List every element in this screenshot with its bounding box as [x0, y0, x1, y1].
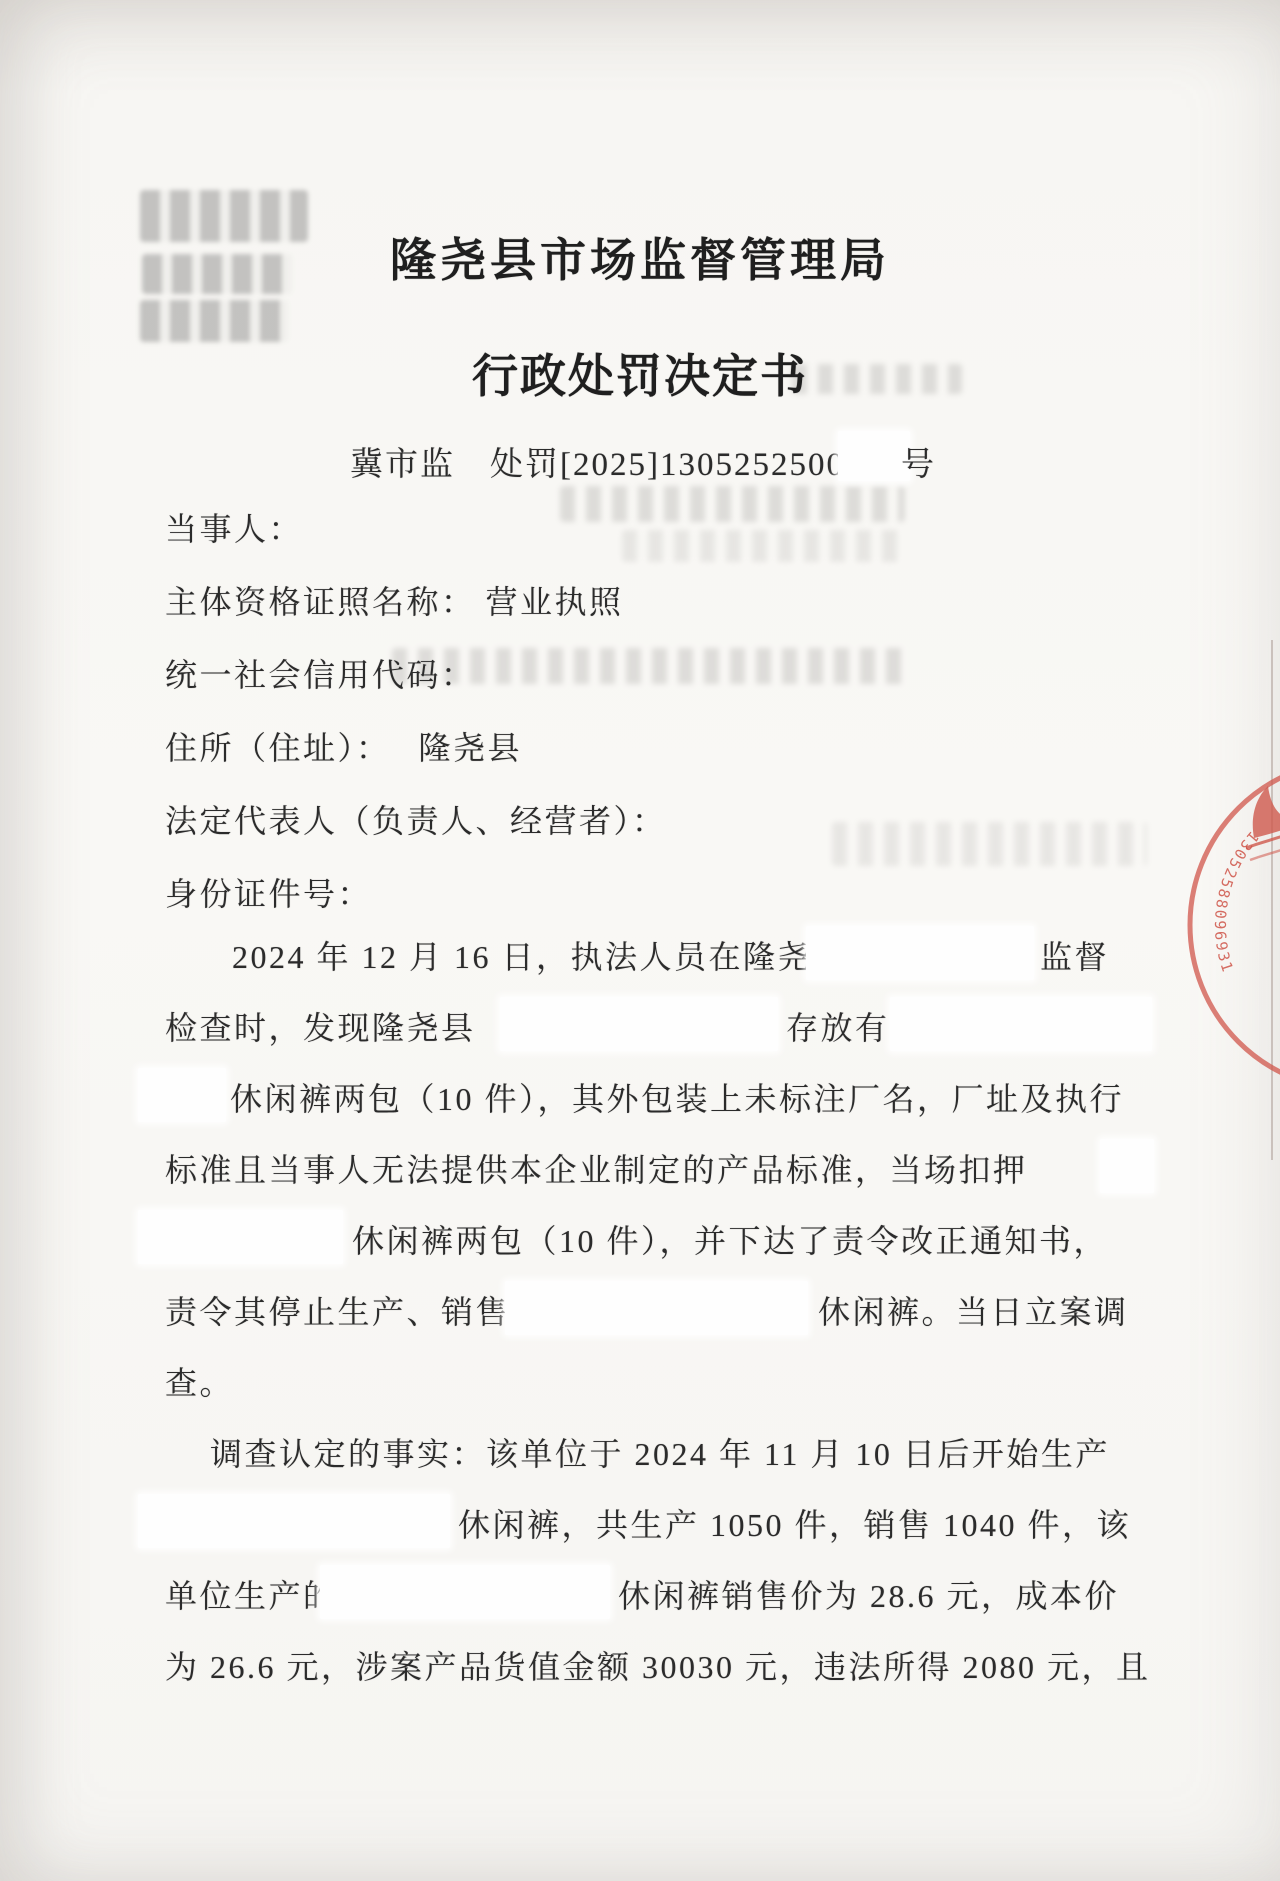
body-line: 为 26.6 元，涉案产品货值金额 30030 元，违法所得 2080 元，且: [165, 1642, 1151, 1688]
field-label: 住所（住址）：: [165, 730, 391, 766]
bleedthrough-smudge: [560, 486, 905, 522]
bleedthrough-smudge: [140, 300, 288, 342]
field-value: 营业执照: [486, 584, 624, 620]
official-seal: 13052588096931: [1150, 720, 1280, 1140]
redaction-box: [138, 1210, 343, 1264]
bleedthrough-smudge: [140, 190, 308, 242]
body-line: 责令其停止生产、销售: [165, 1287, 510, 1333]
body-line: 存放有: [786, 1003, 890, 1049]
body-line: 休闲裤两包（10 件），其外包装上未标注厂名，厂址及执行: [230, 1074, 1124, 1120]
bleedthrough-smudge: [142, 254, 292, 294]
doc-number-body: 处罚[2025]130525250000: [490, 438, 882, 485]
field-address: 住所（住址）：隆尧县: [165, 723, 522, 769]
body-line: 检查时，发现隆尧县: [165, 1003, 476, 1049]
seal-code: 13052588096931: [1211, 828, 1262, 976]
scanned-document-photo: 隆尧县市场监督管理局 行政处罚决定书 冀市监 处罚[2025]130525250…: [0, 0, 1280, 1881]
field-label: 法定代表人（负责人、经营者）：: [165, 803, 667, 839]
field-value: 隆尧县: [419, 730, 523, 766]
redaction-box: [138, 1494, 450, 1548]
doc-number-prefix: 冀市监: [350, 438, 455, 485]
redaction-box: [838, 431, 910, 481]
field-id-number: 身份证件号：: [165, 869, 382, 915]
redaction-box: [1100, 1139, 1154, 1193]
bleedthrough-smudge: [832, 822, 1147, 866]
redaction-box: [806, 926, 1034, 980]
redaction-box: [500, 997, 778, 1051]
body-line: 标准且当事人无法提供本企业制定的产品标准，当场扣押: [165, 1145, 1028, 1191]
field-party: 当事人：: [165, 504, 313, 550]
bleedthrough-smudge: [622, 530, 907, 562]
body-line: 休闲裤，共生产 1050 件，销售 1040 件，该: [458, 1500, 1131, 1546]
body-line: 休闲裤。当日立案调: [818, 1287, 1129, 1333]
agency-title: 隆尧县市场监督管理局: [390, 224, 890, 290]
body-line: 休闲裤销售价为 28.6 元，成本价: [618, 1571, 1119, 1617]
body-line: 监督: [1040, 932, 1109, 978]
field-label: 当事人：: [165, 511, 303, 547]
body-line: 单位生产的: [165, 1571, 338, 1617]
redaction-box: [890, 997, 1152, 1051]
redaction-box: [320, 1565, 610, 1619]
field-label: 主体资格证照名称：: [165, 584, 476, 620]
doc-number-suffix: 号: [901, 438, 936, 485]
body-line: 休闲裤两包（10 件），并下达了责令改正通知书，: [352, 1216, 1108, 1262]
field-credit-code: 统一社会信用代码：: [165, 650, 486, 696]
redaction-box: [138, 1068, 226, 1122]
field-label: 身份证件号：: [165, 876, 372, 912]
document-title: 行政处罚决定书: [472, 340, 808, 406]
body-line: 调查认定的事实：该单位于 2024 年 11 月 10 日后开始生产: [210, 1429, 1110, 1475]
bleedthrough-smudge: [792, 364, 962, 394]
field-license-name: 主体资格证照名称：营业执照: [165, 577, 624, 623]
body-line: 2024 年 12 月 16 日，执法人员在隆尧县: [232, 932, 847, 978]
body-line: 查。: [165, 1358, 234, 1404]
redaction-box: [505, 1281, 808, 1335]
field-label: 统一社会信用代码：: [165, 657, 476, 693]
field-legal-representative: 法定代表人（负责人、经营者）：: [165, 796, 677, 842]
